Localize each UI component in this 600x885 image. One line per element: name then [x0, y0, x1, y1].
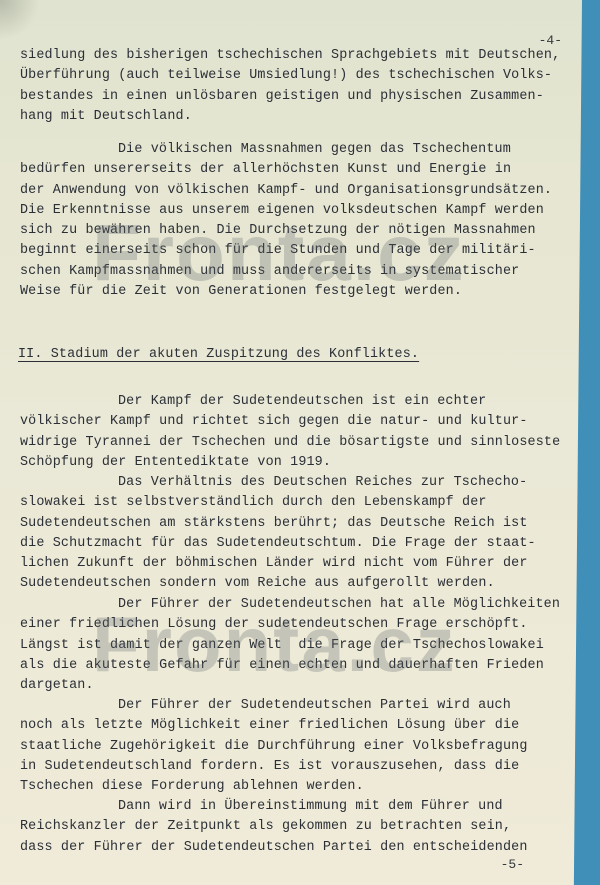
paragraph-1: siedlung des bisherigen tschechischen Sp…	[20, 46, 540, 127]
text-line: hang mit Deutschland.	[20, 107, 540, 127]
text-line: in Sudetendeutschland fordern. Es ist vo…	[20, 757, 540, 777]
text-line: Schöpfung der Ententediktate von 1919.	[20, 453, 540, 473]
text-line: noch als letzte Möglichkeit einer friedl…	[20, 716, 540, 736]
text-line: lichen Zukunft der böhmischen Länder wir…	[20, 554, 540, 574]
text-line: dass der Führer der Sudetendeutschen Par…	[20, 838, 540, 858]
text-line: widrige Tyrannei der Tschechen und die b…	[20, 433, 540, 453]
text-line: Tschechen diese Forderung ablehnen werde…	[20, 777, 540, 797]
text-line: beginnt einerseits schon für die Stunden…	[20, 241, 540, 261]
text-line: Der Kampf der Sudetendeutschen ist ein e…	[20, 392, 540, 412]
text-line: die Schutzmacht für das Sudetendeutschtu…	[20, 534, 540, 554]
paragraph-6: Der Führer der Sudetendeutschen Partei w…	[20, 696, 540, 797]
paragraph-3: Der Kampf der Sudetendeutschen ist ein e…	[20, 392, 540, 473]
text-line: dargetan.	[20, 676, 540, 696]
text-line: als die akuteste Gefahr für einen echten…	[20, 656, 540, 676]
section-heading: II. Stadium der akuten Zuspitzung des Ko…	[18, 347, 419, 362]
text-line: Weise für die Zeit von Generationen fest…	[20, 282, 540, 302]
paragraph-2: Die völkischen Massnahmen gegen das Tsch…	[20, 140, 540, 302]
text-line: Überführung (auch teilweise Umsiedlung!)…	[20, 66, 540, 86]
text-line: Dann wird in Übereinstimmung mit dem Füh…	[20, 797, 540, 817]
text-line: Die Erkenntnisse aus unserem eigenen vol…	[20, 201, 540, 221]
text-line: der Anwendung von völkischen Kampf- und …	[20, 181, 540, 201]
text-line: Der Führer der Sudetendeutschen hat alle…	[20, 595, 540, 615]
text-line: staatliche Zugehörigkeit die Durchführun…	[20, 737, 540, 757]
text-line: Sudetendeutschen am stärkstens berührt; …	[20, 514, 540, 534]
text-line: völkischer Kampf und richtet sich gegen …	[20, 412, 540, 432]
paragraph-5: Der Führer der Sudetendeutschen hat alle…	[20, 595, 540, 696]
text-line: schen Kampfmassnahmen und muss andererse…	[20, 262, 540, 282]
paragraph-7: Dann wird in Übereinstimmung mit dem Füh…	[20, 797, 540, 858]
text-line: Der Führer der Sudetendeutschen Partei w…	[20, 696, 540, 716]
text-line: Das Verhältnis des Deutschen Reiches zur…	[20, 473, 540, 493]
page-number-top: -4-	[539, 33, 562, 48]
paragraph-4: Das Verhältnis des Deutschen Reiches zur…	[20, 473, 540, 595]
text-line: bedürfen unsererseits der allerhöchsten …	[20, 160, 540, 180]
typewritten-page: -4- siedlung des bisherigen tschechische…	[0, 0, 582, 885]
text-line: siedlung des bisherigen tschechischen Sp…	[20, 46, 540, 66]
text-line: sich zu bewähren haben. Die Durchsetzung…	[20, 221, 540, 241]
page-number-bottom: -5-	[501, 857, 524, 872]
text-line: Die völkischen Massnahmen gegen das Tsch…	[20, 140, 540, 160]
text-line: slowakei ist selbstverständlich durch de…	[20, 493, 540, 513]
text-line: Längst ist damit der ganzen Welt die Fra…	[20, 636, 540, 656]
text-line: bestandes in einen unlösbaren geistigen …	[20, 87, 540, 107]
text-line: Reichskanzler der Zeitpunkt als gekommen…	[20, 817, 540, 837]
text-line: einer friedlichen Lösung der sudetendeut…	[20, 615, 540, 635]
text-line: Sudetendeutschen sondern vom Reiche aus …	[20, 574, 540, 594]
